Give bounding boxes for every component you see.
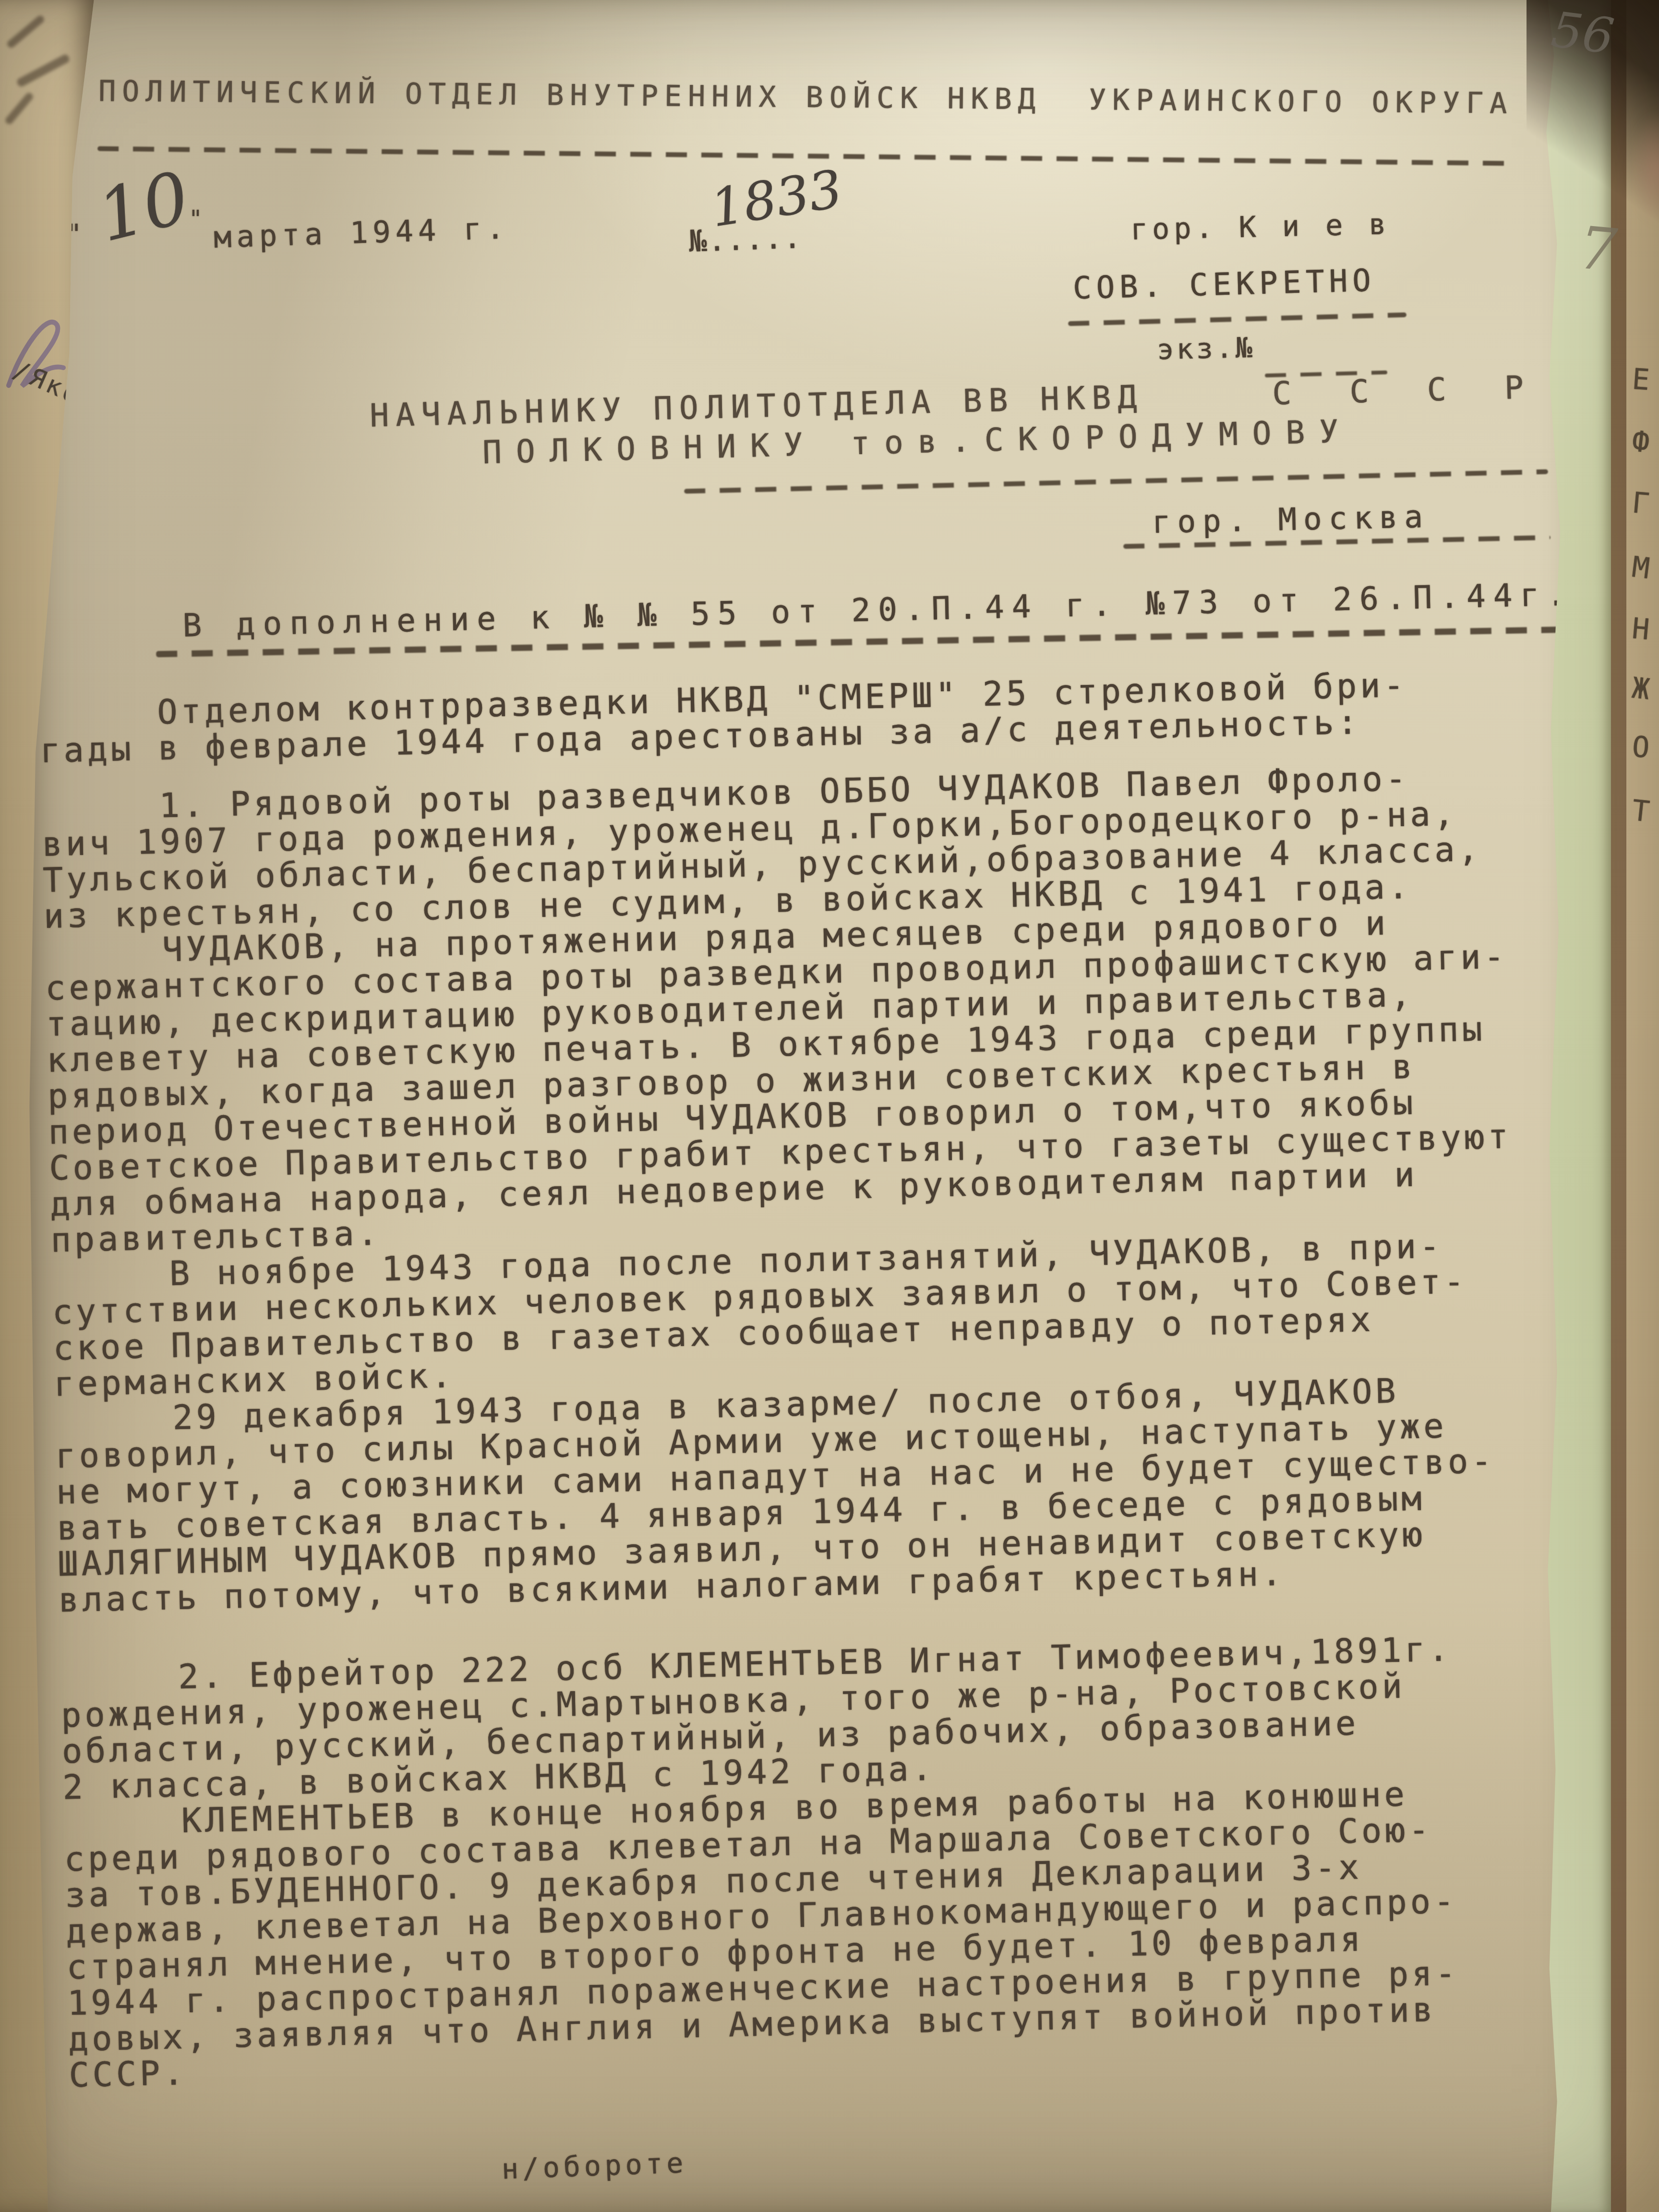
secrecy-stamp: СОВ. СЕКРЕТНО <box>1072 263 1376 306</box>
body-text: Отделом контрразведки НКВД "СМЕРШ" 25 ст… <box>39 662 1653 2093</box>
corner-stamp-mark <box>16 53 71 88</box>
date-close-quote: " <box>189 205 203 232</box>
paragraph-item1-agitation: ЧУДАКОВ, на протяжении ряда месяцев сред… <box>44 900 1635 1259</box>
side-page-letter: Т <box>1630 793 1651 829</box>
side-page-letter: О <box>1631 730 1651 765</box>
paragraph-item1-december: 29 декабря 1943 года в казарме/ после от… <box>54 1368 1643 1619</box>
right-underlying-page: Е Ф Г М Н Ж О Т <box>1626 0 1659 2212</box>
dashed-rule <box>1068 313 1407 326</box>
paragraph-item2-slander: КЛЕМЕНТЬЕВ в конце ноября во время работ… <box>63 1771 1653 2093</box>
pencil-margin-mark: 7 <box>1576 214 1620 285</box>
handwritten-document-number: 1833 <box>707 159 846 239</box>
document-photo: /Яко Е Ф Г М Н Ж О Т ПОЛИТИЧЕСКИЙ ОТДЕЛ … <box>0 0 1659 2212</box>
side-page-letter: М <box>1630 550 1651 586</box>
side-page-letter: Ф <box>1630 424 1651 459</box>
side-page-letter: Н <box>1631 612 1651 647</box>
handwritten-page-number: 56 <box>1548 1 1617 66</box>
letterhead-organization: ПОЛИТИЧЕСКИЙ ОТДЕЛ ВНУТРЕННИХ ВОЙСК НКВД… <box>98 74 1514 120</box>
continued-overleaf-note: н/обороте <box>501 2146 687 2185</box>
paragraph-intro: Отделом контрразведки НКВД "СМЕРШ" 25 ст… <box>39 662 1624 769</box>
side-page-letter: Ж <box>1630 671 1651 706</box>
issuing-city: гор. К и е в <box>1130 207 1391 246</box>
corner-stamp-mark <box>4 91 35 126</box>
corner-stamp-mark <box>6 14 46 49</box>
document-page: ПОЛИТИЧЕСКИЙ ОТДЕЛ ВНУТРЕННИХ ВОЙСК НКВД… <box>26 0 1560 2212</box>
dashed-rule <box>684 469 1548 494</box>
typed-date: марта 1944 г. <box>213 210 509 254</box>
copy-number-label: экз.№ <box>1156 331 1255 366</box>
dashed-rule <box>97 146 1509 166</box>
handwritten-day: 10 <box>90 156 197 258</box>
addressee-city: гор. Москва <box>1152 499 1430 541</box>
blurred-finger-shadow <box>1628 111 1659 227</box>
side-page-letter: Г <box>1631 486 1651 521</box>
side-page-letter: Е <box>1631 362 1651 397</box>
